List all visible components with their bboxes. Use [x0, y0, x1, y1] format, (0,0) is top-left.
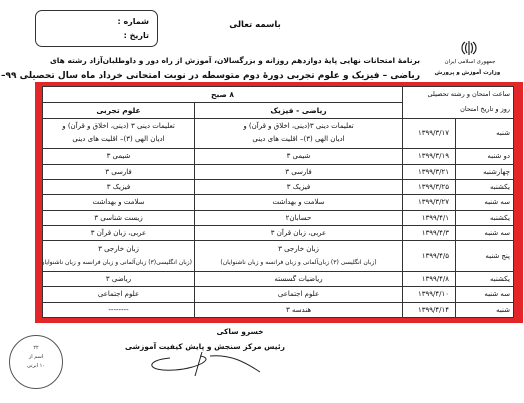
date-cell: ۱۳۹۹/۴/۱۴	[403, 302, 456, 317]
table-row: یکشنبه ۱۳۹۹/۴/۱ حسابان۲ زیست شناسی ۳	[43, 210, 514, 225]
subject-cell: فارسی ۳	[43, 164, 195, 179]
subject-cell: عربی، زبان قرآن ۳	[195, 225, 403, 240]
subject-cell: ریاضیات گسسته	[195, 271, 403, 286]
subject-cell: فیزیک ۳	[195, 179, 403, 194]
exam-schedule-table: ساعت امتحان و رشته تحصیلی روز و تاریخ ام…	[42, 86, 514, 318]
stamp-text: ۱۰ ابرتی	[10, 362, 62, 371]
table-row: سه شنبه ۱۳۹۹/۳/۲۷ سلامت و بهداشت سلامت و…	[43, 195, 514, 210]
date-cell: ۱۳۹۹/۴/۱۰	[403, 287, 456, 302]
table-row: پنج شنبه ۱۳۹۹/۴/۵ زبان خارجی ۳(زبان انگل…	[43, 241, 514, 272]
table-corner-header: ساعت امتحان و رشته تحصیلی روز و تاریخ ام…	[403, 87, 514, 119]
signatory-name: خسرو ساکی	[180, 327, 300, 336]
corner-top-label: ساعت امتحان و رشته تحصیلی	[405, 87, 510, 102]
day-cell: یکشنبه	[456, 179, 514, 194]
subject-cell: حسابان۲	[195, 210, 403, 225]
subject-cell: تعلیمات دینی ۳(دینی، اخلاق و قرآن) وادیا…	[195, 118, 403, 149]
document-title-line2: ریاضی – فیزیک و علوم تجربی دورهٔ دوم متو…	[60, 71, 420, 81]
date-cell: ۱۳۹۹/۴/۸	[403, 271, 456, 286]
subject-line: ادیان الهی (۳)– اقلیت های دینی	[197, 133, 400, 146]
table-row: چهارشنبه ۱۳۹۹/۳/۲۱ فارسی ۳ فارسی ۳	[43, 164, 514, 179]
subject-cell: تعلیمات دینی ۳ (دینی، اخلاق و قرآن) وادی…	[43, 118, 195, 149]
org-name-line1: جمهوری اسلامی ایران	[430, 59, 510, 65]
subject-cell: هندسه ۳	[195, 302, 403, 317]
subject-cell: شیمی ۳	[195, 149, 403, 164]
day-cell: یکشنبه	[456, 210, 514, 225]
highlight-frame: ساعت امتحان و رشته تحصیلی روز و تاریخ ام…	[35, 82, 523, 323]
day-cell: چهارشنبه	[456, 164, 514, 179]
table-row: یکشنبه ۱۳۹۹/۴/۸ ریاضیات گسسته ریاضی ۳	[43, 271, 514, 286]
subject-line: (زبان انگلیسی (۳) زبان‌آلمانی و زبان فرا…	[197, 256, 400, 269]
day-cell: دو شنبه	[456, 149, 514, 164]
iran-emblem-icon	[459, 40, 479, 56]
table-row: دو شنبه ۱۳۹۹/۳/۱۹ شیمی ۳ شیمی ۳	[43, 149, 514, 164]
signature-scribble-icon	[140, 350, 270, 380]
table-row: شنبه ۱۳۹۹/۴/۱۴ هندسه ۳ --------	[43, 302, 514, 317]
number-label: شماره :	[36, 15, 149, 29]
subject-cell: فارسی ۳	[195, 164, 403, 179]
subject-line: تعلیمات دینی ۳(دینی، اخلاق و قرآن) و	[197, 120, 400, 133]
date-cell: ۱۳۹۹/۳/۲۵	[403, 179, 456, 194]
basmeh-heading: باسمه تعالی	[210, 20, 300, 30]
corner-bottom-label: روز و تاریخ امتحان	[405, 102, 510, 117]
document-title-line1: برنامهٔ امتحانات نهایی پایهٔ دوازدهم روز…	[70, 56, 420, 65]
day-cell: سه شنبه	[456, 287, 514, 302]
subject-cell: سلامت و بهداشت	[43, 195, 195, 210]
date-cell: ۱۳۹۹/۳/۱۷	[403, 118, 456, 149]
subject-cell: زبان خارجی ۳(زبان انگلیسی(۳) زبان‌آلمانی…	[43, 241, 195, 272]
day-cell: سه شنبه	[456, 225, 514, 240]
subject-cell: سلامت و بهداشت	[195, 195, 403, 210]
reference-box: شماره : تاریخ :	[35, 10, 158, 47]
date-label: تاریخ :	[36, 29, 149, 43]
stamp-text: ۲۲	[10, 344, 62, 353]
day-cell: شنبه	[456, 302, 514, 317]
subject-cell: ریاضی ۳	[43, 271, 195, 286]
time-header: ۸ صبح	[43, 87, 403, 103]
official-stamp-icon: ۲۲ اسم از ۱۰ ابرتی	[9, 335, 63, 389]
day-cell: یکشنبه	[456, 271, 514, 286]
date-cell: ۱۳۹۹/۳/۲۱	[403, 164, 456, 179]
table-row: سه شنبه ۱۳۹۹/۴/۳ عربی، زبان قرآن ۳ عربی،…	[43, 225, 514, 240]
subject-line: (زبان انگلیسی(۳) زبان‌آلمانی و زبان فران…	[45, 256, 192, 269]
subject-cell: علوم اجتماعی	[195, 287, 403, 302]
date-cell: ۱۳۹۹/۳/۲۷	[403, 195, 456, 210]
subject-cell: زبان خارجی ۳(زبان انگلیسی (۳) زبان‌آلمان…	[195, 241, 403, 272]
subject-cell: --------	[43, 302, 195, 317]
subject-line: تعلیمات دینی ۳ (دینی، اخلاق و قرآن) و	[45, 120, 192, 133]
day-cell: شنبه	[456, 118, 514, 149]
day-cell: سه شنبه	[456, 195, 514, 210]
date-cell: ۱۳۹۹/۴/۵	[403, 241, 456, 272]
subject-cell: علوم اجتماعی	[43, 287, 195, 302]
subject-cell: زیست شناسی ۳	[43, 210, 195, 225]
stamp-text: اسم از	[10, 353, 62, 362]
table-row: شنبه ۱۳۹۹/۳/۱۷ تعلیمات دینی ۳(دینی، اخلا…	[43, 118, 514, 149]
subject-cell: عربی، زبان قرآن ۳	[43, 225, 195, 240]
column-header-experimental: علوم تجربی	[43, 102, 195, 118]
column-header-math-physics: ریاضی - فیزیک	[195, 102, 403, 118]
subject-line: زبان خارجی ۳	[45, 243, 192, 256]
org-name-line2: وزارت آموزش و پرورش	[425, 70, 510, 76]
date-cell: ۱۳۹۹/۴/۱	[403, 210, 456, 225]
day-cell: پنج شنبه	[456, 241, 514, 272]
date-cell: ۱۳۹۹/۴/۳	[403, 225, 456, 240]
subject-line: ادیان الهی (۳)– اقلیت های دینی	[45, 133, 192, 146]
table-row: یکشنبه ۱۳۹۹/۳/۲۵ فیزیک ۳ فیزیک ۳	[43, 179, 514, 194]
subject-cell: شیمی ۳	[43, 149, 195, 164]
date-cell: ۱۳۹۹/۳/۱۹	[403, 149, 456, 164]
subject-line: زبان خارجی ۳	[197, 243, 400, 256]
subject-cell: فیزیک ۳	[43, 179, 195, 194]
table-row: سه شنبه ۱۳۹۹/۴/۱۰ علوم اجتماعی علوم اجتم…	[43, 287, 514, 302]
